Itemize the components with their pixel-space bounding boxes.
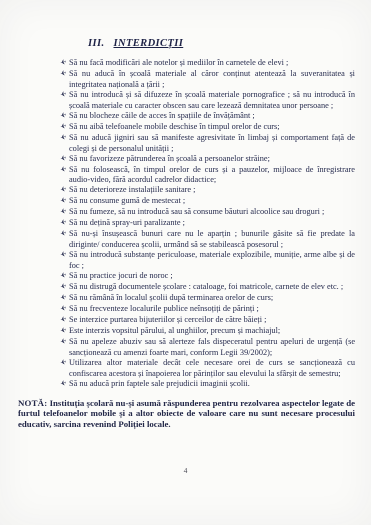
list-item: ✈Să nu aducă jigniri sau să manifeste ag… — [58, 133, 355, 154]
list-item: ✈Să nu facă modificări ale notelor și me… — [58, 58, 355, 69]
list-item-text: Să nu aducă prin faptele sale prejudicii… — [69, 379, 250, 388]
list-item: ✈Să nu blocheze căile de acces în spații… — [58, 111, 355, 122]
list-item-text: Să nu distrugă documentele școlare : cat… — [69, 282, 343, 291]
list-item-text: Să nu aibă telefoanele mobile deschise î… — [69, 122, 280, 131]
list-item-text: Se interzice purtarea bijuteriilor și ce… — [69, 315, 266, 324]
list-item-text: Să nu practice jocuri de noroc ; — [69, 271, 173, 280]
list-item: ✈Să nu apeleze abuziv sau să alerteze fa… — [58, 337, 355, 358]
arrow-bullet-icon: ✈ — [55, 133, 68, 145]
list-item-text: Este interzis vopsitul părului, al unghi… — [69, 326, 280, 335]
list-item-text: Să nu facă modificări ale notelor și med… — [69, 58, 288, 67]
list-item-text: Să nu favorizeze pătrunderea în școală a… — [69, 154, 270, 163]
arrow-bullet-icon: ✈ — [55, 229, 68, 241]
list-item: ✈Să nu consume gumă de mestecat ; — [58, 196, 355, 207]
list-item: ✈Utilizarea altor materiale decât cele n… — [58, 358, 355, 379]
list-item-text: Să nu fumeze, să nu introducă sau să con… — [69, 207, 324, 216]
list-item-text: Să nu apeleze abuziv sau să alerteze fal… — [69, 337, 355, 357]
list-item-text: Să nu consume gumă de mestecat ; — [69, 196, 185, 205]
list-item: ✈Să nu dețină spray-uri paralizante ; — [58, 218, 355, 229]
list-item-text: Să nu introducă substanțe periculoase, m… — [69, 250, 355, 270]
arrow-bullet-icon: ✈ — [55, 250, 68, 262]
arrow-bullet-icon: ✈ — [55, 337, 68, 349]
list-item: ✈Să nu favorizeze pătrunderea în școală … — [58, 154, 355, 165]
list-item-text: Să nu blocheze căile de acces în spațiil… — [69, 111, 255, 120]
arrow-bullet-icon: ✈ — [55, 358, 68, 370]
list-item-text: Să nu aducă în școală materiale al căror… — [69, 69, 355, 89]
list-item: ✈Să nu-și însușească bunuri care nu le a… — [58, 229, 355, 250]
list-item-text: Să nu frecventeze localurile publice neî… — [69, 304, 259, 313]
list-item-text: Să nu folosească, în timpul orelor de cu… — [69, 165, 355, 185]
list-item: ✈Să nu introducă și să difuzeze în școal… — [58, 90, 355, 111]
list-item: ✈Este interzis vopsitul părului, al ungh… — [58, 326, 355, 337]
list-item-text: Să nu rămână în localul școlii după term… — [69, 293, 273, 302]
list-item: ✈Să nu introducă substanțe periculoase, … — [58, 250, 355, 271]
list-item-text: Să nu deterioreze instalațiile sanitare … — [69, 185, 195, 194]
arrow-bullet-icon: ✈ — [55, 165, 68, 177]
list-item: ✈Să nu practice jocuri de noroc ; — [58, 271, 355, 282]
list-item: ✈Să nu fumeze, să nu introducă sau să co… — [58, 207, 355, 218]
list-item: ✈Să nu folosească, în timpul orelor de c… — [58, 165, 355, 186]
arrow-bullet-icon: ✈ — [55, 90, 68, 102]
arrow-bullet-icon: ✈ — [55, 379, 68, 391]
arrow-bullet-icon: ✈ — [55, 154, 68, 166]
list-item: ✈Se interzice purtarea bijuteriilor și c… — [58, 315, 355, 326]
note-text: Instituția școlară nu-și asumă răspunder… — [18, 398, 355, 430]
list-item-text: Utilizarea altor materiale decât cele ne… — [69, 358, 355, 378]
list-item: ✈Să nu distrugă documentele școlare : ca… — [58, 282, 355, 293]
note-label: NOTĂ: — [18, 398, 47, 408]
list-item: ✈Să nu aducă în școală materiale al căro… — [58, 69, 355, 90]
list-item-text: Să nu-și însușească bunuri care nu le ap… — [69, 229, 355, 249]
list-item-text: Să nu aducă jigniri sau să manifeste agr… — [69, 133, 355, 153]
page-number: 4 — [0, 466, 371, 475]
section-numeral: III. — [88, 38, 104, 49]
list-item: ✈Să nu deterioreze instalațiile sanitare… — [58, 185, 355, 196]
list-item: ✈Să nu rămână în localul școlii după ter… — [58, 293, 355, 304]
list-item-text: Să nu dețină spray-uri paralizante ; — [69, 218, 185, 227]
arrow-bullet-icon: ✈ — [55, 69, 68, 81]
list-item: ✈Să nu aducă prin faptele sale prejudici… — [58, 379, 355, 390]
interdictions-list: ✈Să nu facă modificări ale notelor și me… — [58, 58, 355, 390]
section-title: III.INTERDICȚII — [88, 38, 371, 49]
list-item: ✈Să nu aibă telefoanele mobile deschise … — [58, 122, 355, 133]
section-title-text: INTERDICȚII — [113, 38, 183, 49]
scanned-document-page: III.INTERDICȚII ✈Să nu facă modificări a… — [0, 0, 371, 525]
list-item-text: Să nu introducă și să difuzeze în școală… — [69, 90, 355, 110]
note-paragraph: NOTĂ: Instituția școlară nu-și asumă răs… — [18, 398, 355, 431]
list-item: ✈Să nu frecventeze localurile publice ne… — [58, 304, 355, 315]
